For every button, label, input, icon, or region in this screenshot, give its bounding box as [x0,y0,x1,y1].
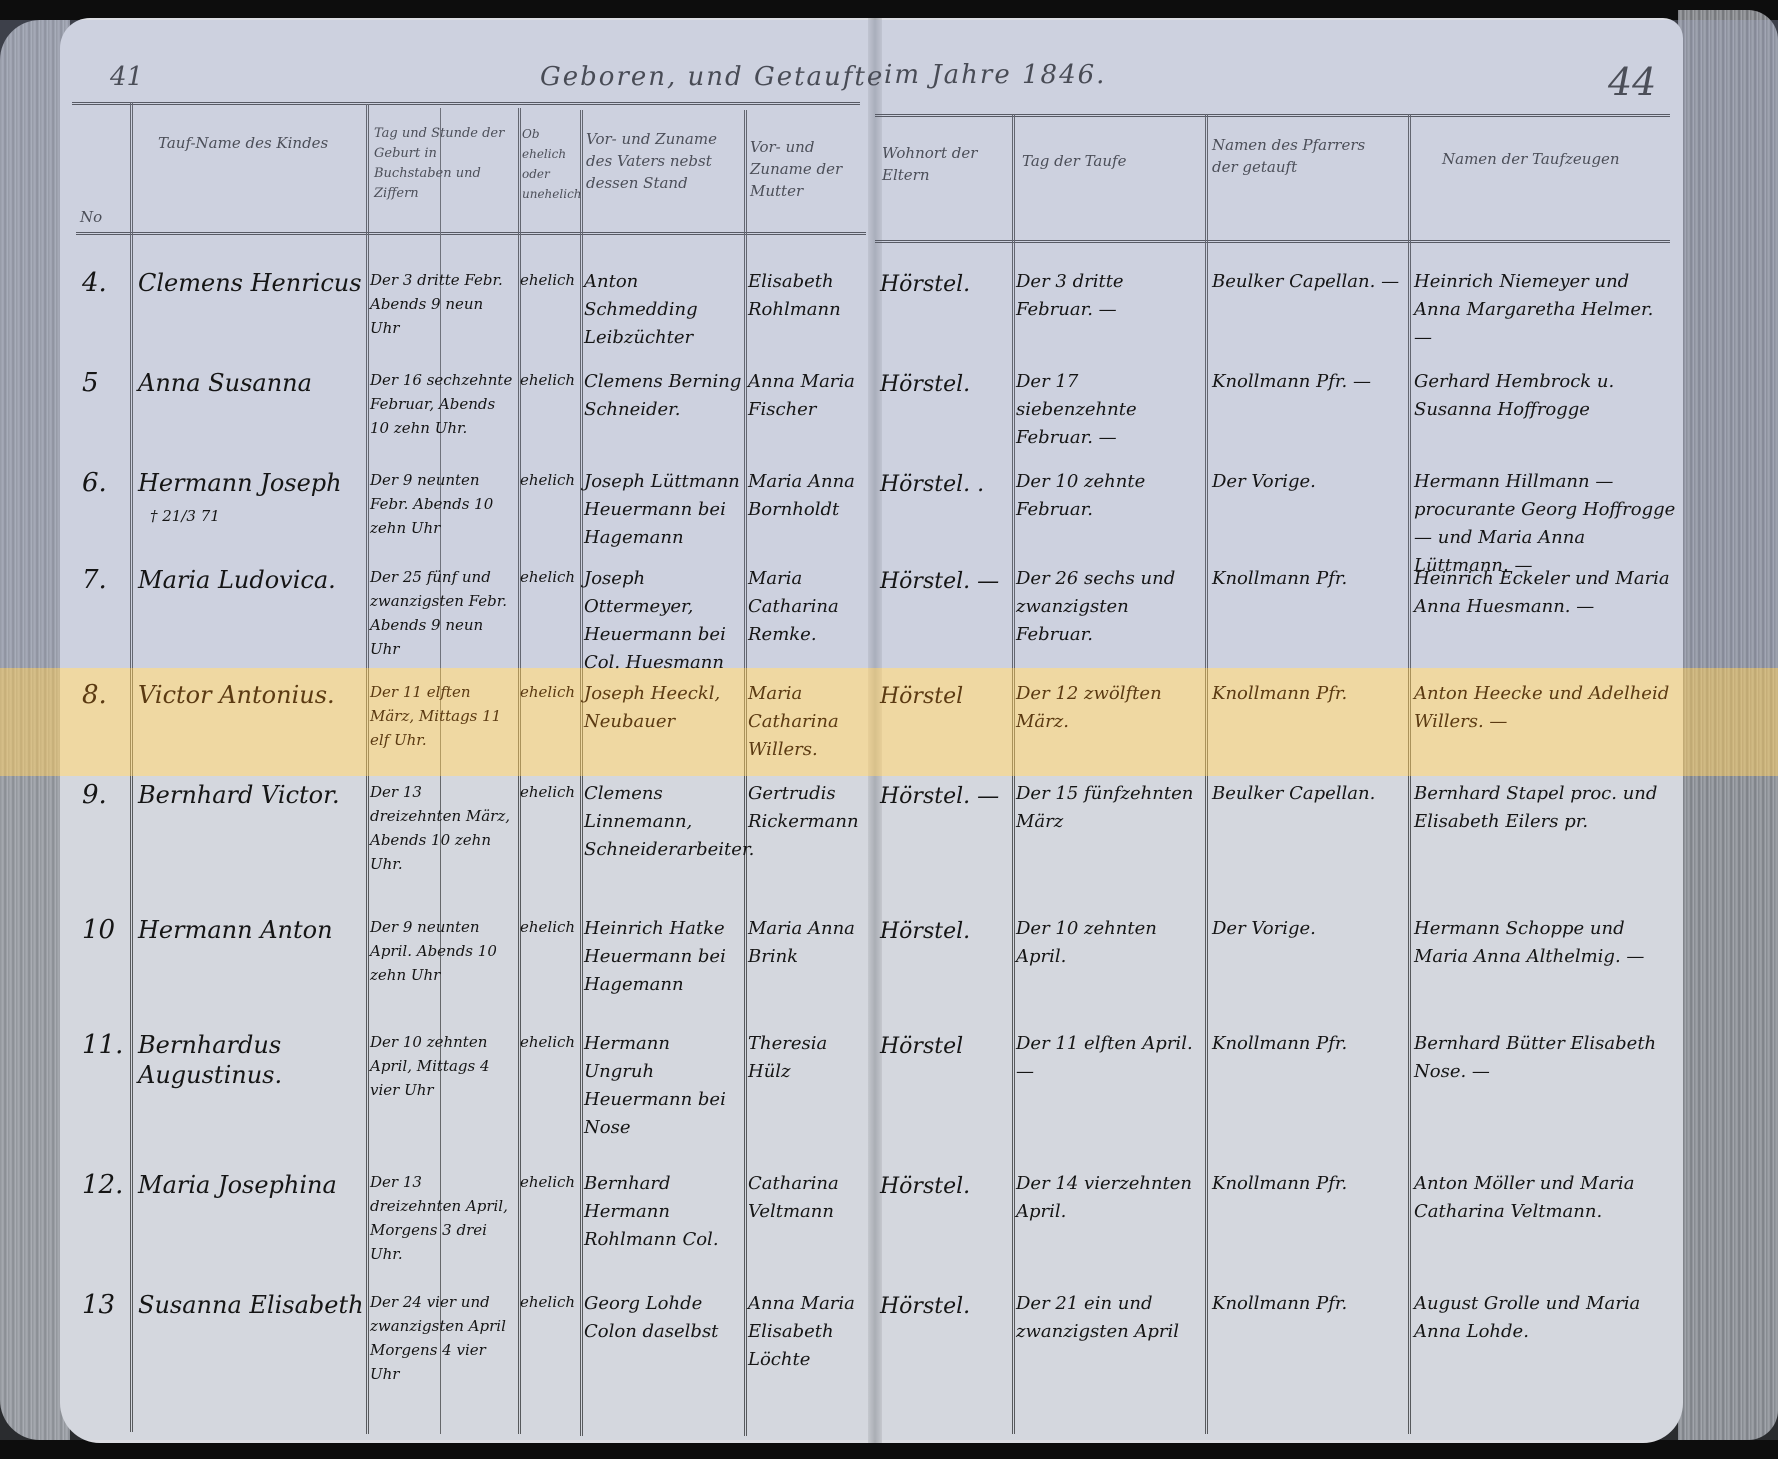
cell-child-death-note: † 21/3 71 [150,504,220,528]
cell-birth: Der 11 elften März, Mittags 11 elf Uhr. [370,680,516,752]
cell-residence: Hörstel [880,680,1008,714]
cell-birth: Der 13 dreizehnten April, Morgens 3 drei… [370,1170,516,1266]
cell-pastor: Knollmann Pfr. [1212,1030,1404,1058]
col-rule-pastor [1408,114,1411,1434]
cell-legit: ehelich [520,1030,578,1054]
cell-godparents: Anton Heecke und Adelheid Willers. — [1414,680,1676,736]
header-no: No [80,206,102,228]
cell-mother: Maria Anna Brink [748,915,866,971]
cell-child: Susanna Elisabeth [138,1290,364,1320]
header-birth-date: Tag und Stunde der Geburt in Buchstaben … [374,124,514,204]
cell-pastor: Knollmann Pfr. [1212,1170,1404,1198]
cell-pastor: Beulker Capellan. — [1212,268,1404,296]
cell-baptism: Der 26 sechs und zwanzigsten Februar. [1016,565,1202,649]
cell-child: Bernhardus Augustinus. [138,1030,364,1090]
page-stack-right [1678,10,1778,1440]
cell-legit: ehelich [520,368,578,392]
cell-legit: ehelich [520,680,578,704]
cell-no: 6. [82,468,126,498]
header-top-rule-left [72,102,860,105]
book-gutter [868,18,882,1443]
col-rule-birth [518,108,521,1434]
cell-residence: Hörstel. . [880,468,1008,502]
cell-residence: Hörstel. [880,368,1008,402]
cell-father: Hermann Ungruh Heuermann bei Nose [584,1030,742,1142]
cell-baptism: Der 10 zehnten April. [1016,915,1202,971]
cell-no: 13 [82,1290,126,1320]
cell-baptism: Der 21 ein und zwanzigsten April [1016,1290,1202,1346]
cell-pastor: Knollmann Pfr. — [1212,368,1404,396]
cell-godparents: Hermann Hillmann — procurante Georg Hoff… [1414,468,1676,580]
cell-legit: ehelich [520,468,578,492]
cell-child: Hermann Anton [138,915,364,945]
cell-mother: Elisabeth Rohlmann [748,268,866,324]
cell-baptism: Der 3 dritte Februar. — [1016,268,1202,324]
cell-residence: Hörstel [880,1030,1008,1064]
cell-child: Maria Ludovica. [138,565,364,595]
cell-birth: Der 25 fünf und zwanzigsten Febr. Abends… [370,565,516,661]
cell-mother: Maria Catharina Remke. [748,565,866,649]
cell-legit: ehelich [520,780,578,804]
cell-no: 5 [82,368,126,398]
col-rule-baptism [1205,114,1208,1434]
cell-mother: Theresia Hülz [748,1030,866,1086]
col-rule-father [744,110,747,1436]
cell-residence: Hörstel. [880,1170,1008,1204]
cell-godparents: Heinrich Eckeler und Maria Anna Huesmann… [1414,565,1676,621]
cell-mother: Catharina Veltmann [748,1170,866,1226]
cell-no: 10 [82,915,126,945]
page-number-left: 41 [110,62,143,92]
cell-father: Joseph Lüttmann Heuermann bei Hagemann [584,468,742,552]
cell-mother: Anna Maria Elisabeth Löchte [748,1290,866,1374]
cell-no: 9. [82,780,126,810]
page-title-left: Geboren, und Getaufte [540,62,884,92]
cell-child: Maria Josephina [138,1170,364,1200]
col-rule-no [130,102,133,1432]
cell-no: 8. [82,680,126,710]
page-title-right: im Jahre 1846. [884,60,1106,90]
cell-no: 7. [82,565,126,595]
cell-child: Clemens Henricus [138,268,364,298]
cell-baptism: Der 10 zehnte Februar. [1016,468,1202,524]
cell-child: Hermann Joseph [138,468,364,498]
cell-pastor: Knollmann Pfr. [1212,1290,1404,1318]
cell-residence: Hörstel. [880,268,1008,302]
cell-godparents: Bernhard Stapel proc. und Elisabeth Eile… [1414,780,1676,836]
cell-child: Anna Susanna [138,368,364,398]
cell-father: Joseph Heeckl, Neubauer [584,680,742,736]
header-godparents: Namen der Taufzeugen [1442,148,1642,170]
cell-birth: Der 16 sechzehnte Februar, Abends 10 zeh… [370,368,516,440]
header-baptism-date: Tag der Taufe [1022,150,1192,172]
cell-legit: ehelich [520,268,578,292]
header-mother: Vor- und Zuname der Mutter [750,136,860,202]
cell-pastor: Der Vorige. [1212,468,1404,496]
cell-mother: Maria Catharina Willers. [748,680,866,764]
header-bottom-rule-left [76,232,866,235]
cell-birth: Der 9 neunten April. Abends 10 zehn Uhr [370,915,516,987]
cell-birth: Der 9 neunten Febr. Abends 10 zehn Uhr [370,468,516,540]
cell-godparents: August Grolle und Maria Anna Lohde. [1414,1290,1676,1346]
cell-residence: Hörstel. — [880,565,1008,599]
cell-birth: Der 24 vier und zwanzigsten April Morgen… [370,1290,516,1386]
cell-godparents: Gerhard Hembrock u. Susanna Hoffrogge [1414,368,1676,424]
cell-residence: Hörstel. [880,1290,1008,1324]
cell-birth: Der 3 dritte Febr. Abends 9 neun Uhr [370,268,516,340]
cell-pastor: Beulker Capellan. [1212,780,1404,808]
cell-father: Bernhard Hermann Rohlmann Col. [584,1170,742,1254]
cell-father: Clemens Berning Schneider. [584,368,742,424]
cell-mother: Gertrudis Rickermann [748,780,866,836]
col-rule-legit [580,110,583,1436]
cell-father: Heinrich Hatke Heuermann bei Hagemann [584,915,742,999]
cell-pastor: Knollmann Pfr. [1212,680,1404,708]
cell-pastor: Der Vorige. [1212,915,1404,943]
header-bottom-rule-right [875,240,1670,243]
cell-legit: ehelich [520,1290,578,1314]
cell-no: 4. [82,268,126,298]
cell-mother: Maria Anna Bornholdt [748,468,866,524]
cell-godparents: Anton Möller und Maria Catharina Veltman… [1414,1170,1676,1226]
cell-father: Joseph Ottermeyer, Heuermann bei Col. Hu… [584,565,742,677]
header-residence: Wohnort der Eltern [882,142,1002,186]
cell-godparents: Heinrich Niemeyer und Anna Margaretha He… [1414,268,1676,352]
header-child-name: Tauf-Name des Kindes [158,132,348,154]
cell-baptism: Der 11 elften April. — [1016,1030,1202,1086]
cell-baptism: Der 14 vierzehnten April. [1016,1170,1202,1226]
cell-birth: Der 10 zehnten April, Mittags 4 vier Uhr [370,1030,516,1102]
cell-baptism: Der 12 zwölften März. [1016,680,1202,736]
cell-mother: Anna Maria Fischer [748,368,866,424]
cell-father: Georg Lohde Colon daselbst [584,1290,742,1346]
cell-legit: ehelich [520,565,578,589]
col-rule-residence [1012,114,1015,1434]
header-father: Vor- und Zuname des Vaters nebst dessen … [586,128,740,194]
cell-no: 11. [82,1030,126,1060]
cell-birth: Der 13 dreizehnten März, Abends 10 zehn … [370,780,516,876]
cell-child: Bernhard Victor. [138,780,364,810]
cell-no: 12. [82,1170,126,1200]
cell-godparents: Hermann Schoppe und Maria Anna Althelmig… [1414,915,1676,971]
cell-child: Victor Antonius. [138,680,364,710]
cell-pastor: Knollmann Pfr. [1212,565,1404,593]
cell-legit: ehelich [520,915,578,939]
col-rule-child [366,104,369,1434]
cell-father: Clemens Linnemann, Schneiderarbeiter. [584,780,742,864]
header-top-rule-right [875,114,1670,117]
header-pastor: Namen des Pfarrers der getauft [1212,134,1392,178]
cell-residence: Hörstel. [880,915,1008,949]
cell-legit: ehelich [520,1170,578,1194]
page-number-right: 44 [1608,60,1656,104]
cell-godparents: Bernhard Bütter Elisabeth Nose. — [1414,1030,1676,1086]
cell-father: Anton Schmedding Leibzüchter [584,268,742,352]
cell-baptism: Der 17 siebenzehnte Februar. — [1016,368,1202,452]
header-legitimate: Ob ehelich oder unehelich [522,124,578,204]
cell-residence: Hörstel. — [880,780,1008,814]
cell-baptism: Der 15 fünfzehnten März [1016,780,1202,836]
